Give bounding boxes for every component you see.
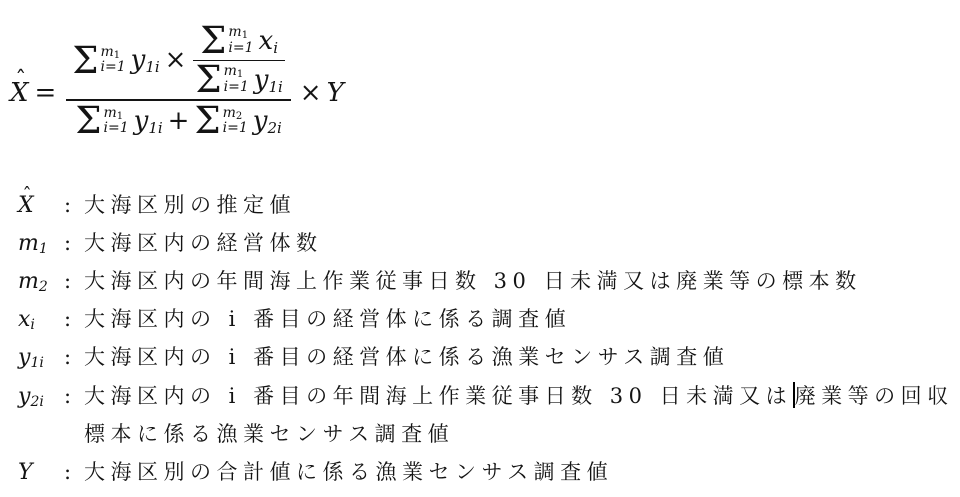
summation-y2i: Σ m2 i=1 xyxy=(194,105,247,136)
inner-numerator: Σ m1 i=1 xi xyxy=(198,25,280,56)
definition-text: 廃業等の回収 xyxy=(795,384,954,408)
var-sub: 1i xyxy=(268,78,282,96)
sum-limits: m1 i=1 xyxy=(224,64,249,95)
summation-xi: Σ m1 i=1 xyxy=(200,25,253,56)
multiply-sign: × xyxy=(160,45,192,75)
var-sub: 1i xyxy=(148,119,162,137)
inner-fraction: Σ m1 i=1 xi Σ m1 xyxy=(193,25,284,95)
term-base: y xyxy=(18,384,30,409)
variable-y1i: y1i xyxy=(131,45,160,75)
equals-sign: = xyxy=(29,78,63,108)
definition-row-m2: m2 : 大海区内の年間海上作業従事日数 30 日未満又は廃業等の標本数 xyxy=(18,268,960,295)
term-base: m xyxy=(18,231,39,256)
definition-text-line2: 標本に係る漁業センサス調査値 xyxy=(84,421,954,448)
definition-row-y1i: y1i : 大海区内の i 番目の経営体に係る漁業センサス調査値 xyxy=(18,344,960,371)
variable-y1i: y1i xyxy=(134,106,163,136)
term-sub: 2i xyxy=(30,394,43,410)
term-base: y xyxy=(18,345,30,370)
var-sub: 1i xyxy=(145,58,159,76)
term-sub: i xyxy=(30,317,34,333)
var-base: y xyxy=(134,106,149,136)
definition-text-line1: 大海区内の i 番目の年間海上作業従事日数 30 日未満又は廃業等の回収 xyxy=(84,382,954,410)
sum-upper-limit: m2 xyxy=(223,106,243,122)
term-m2: m2 xyxy=(18,268,64,295)
definition-text: 大海区別の合計値に係る漁業センサス調査値 xyxy=(84,459,613,486)
summation-y1i: Σ m1 i=1 xyxy=(72,45,125,76)
term-Y: Y xyxy=(18,459,64,486)
variable-Y: Y xyxy=(327,78,344,108)
colon-separator: : xyxy=(64,192,84,219)
variable-xi: xi xyxy=(259,26,278,56)
colon-separator: : xyxy=(64,306,84,333)
sigma-symbol: Σ xyxy=(200,25,226,56)
limit-m: m xyxy=(228,24,241,40)
sum-lower-limit: i=1 xyxy=(223,121,248,137)
term-sub: 1 xyxy=(39,241,48,257)
limit-m: m xyxy=(100,44,113,60)
limit-m: m xyxy=(103,105,116,121)
term-x-hat: X ˆ xyxy=(18,192,64,219)
var-sub: i xyxy=(273,39,278,57)
colon-separator: : xyxy=(64,268,84,295)
main-numerator: Σ m1 i=1 y1i × Σ m1 i=1 xyxy=(66,25,290,95)
definition-text: 大海区内の i 番目の経営体に係る漁業センサス調査値 xyxy=(84,344,729,371)
term-base: Y xyxy=(18,460,33,485)
sigma-symbol: Σ xyxy=(72,45,98,76)
variable-definitions: X ˆ : 大海区別の推定値 m1 : 大海区内の経営体数 m2 : 大海区内の… xyxy=(18,192,960,486)
sum-lower-limit: i=1 xyxy=(224,80,249,96)
definition-text: 大海区内の i 番目の経営体に係る調査値 xyxy=(84,306,571,333)
document-page: X ˆ = Σ m1 i=1 y1i × Σ xyxy=(0,0,960,497)
var-base: y xyxy=(254,65,269,95)
sum-lower-limit: i=1 xyxy=(100,60,125,76)
sigma-symbol: Σ xyxy=(194,105,220,136)
limit-m: m xyxy=(223,105,236,121)
sigma-symbol: Σ xyxy=(195,64,221,95)
definition-text: 大海区内の i 番目の年間海上作業従事日数 30 日未満又は xyxy=(84,384,792,408)
var-base: x xyxy=(259,26,274,56)
sum-lower-limit: i=1 xyxy=(228,41,253,57)
sum-upper-limit: m1 xyxy=(228,25,248,41)
definition-text: 大海区別の推定値 xyxy=(84,192,296,219)
plus-sign: + xyxy=(163,106,195,136)
var-base: y xyxy=(253,106,268,136)
var-base: y xyxy=(131,45,146,75)
variable-y2i: y2i xyxy=(253,106,282,136)
definition-row-xhat: X ˆ : 大海区別の推定値 xyxy=(18,192,960,219)
var-base: Y xyxy=(327,78,344,108)
main-denominator: Σ m1 i=1 y1i + Σ m2 i=1 y2i xyxy=(69,105,287,136)
multiply-sign: × xyxy=(295,78,327,108)
definition-row-y2i: y2i : 大海区内の i 番目の年間海上作業従事日数 30 日未満又は廃業等の… xyxy=(18,382,960,448)
x-hat-variable: X ˆ xyxy=(10,78,29,108)
limit-m: m xyxy=(224,63,237,79)
sum-limits: m1 i=1 xyxy=(100,45,125,76)
definition-text: 大海区内の経営体数 xyxy=(84,230,323,257)
colon-separator: : xyxy=(64,344,84,371)
term-base: m xyxy=(18,269,39,294)
colon-separator: : xyxy=(64,459,84,486)
sum-limits: m2 i=1 xyxy=(223,106,248,137)
definition-text: 大海区内の年間海上作業従事日数 30 日未満又は廃業等の標本数 xyxy=(84,268,862,295)
colon-separator: : xyxy=(64,383,84,410)
term-y1i: y1i xyxy=(18,344,64,371)
sum-limits: m1 i=1 xyxy=(103,106,128,137)
hat-accent: ˆ xyxy=(15,67,26,93)
sum-upper-limit: m1 xyxy=(100,45,120,61)
main-fraction: Σ m1 i=1 y1i × Σ m1 i=1 xyxy=(66,25,290,137)
sum-limits: m1 i=1 xyxy=(228,25,253,56)
sum-upper-limit: m1 xyxy=(224,64,244,80)
var-sub: 2i xyxy=(267,119,281,137)
inner-denominator: Σ m1 i=1 y1i xyxy=(193,64,284,95)
colon-separator: : xyxy=(64,230,84,257)
term-m1: m1 xyxy=(18,230,64,257)
term-base: x xyxy=(18,307,30,332)
term-sub: 1i xyxy=(30,355,43,371)
definition-text-multiline: 大海区内の i 番目の年間海上作業従事日数 30 日未満又は廃業等の回収 標本に… xyxy=(84,382,954,448)
sum-upper-limit: m1 xyxy=(103,106,123,122)
definition-row-m1: m1 : 大海区内の経営体数 xyxy=(18,230,960,257)
hat-accent: ˆ xyxy=(22,182,31,209)
term-xi: xi xyxy=(18,306,64,333)
term-y2i: y2i xyxy=(18,383,64,410)
summation-y1i: Σ m1 i=1 xyxy=(75,105,128,136)
term-sub: 2 xyxy=(39,279,48,295)
summation-y1i: Σ m1 i=1 xyxy=(195,64,248,95)
definition-row-Y: Y : 大海区別の合計値に係る漁業センサス調査値 xyxy=(18,459,960,486)
sum-lower-limit: i=1 xyxy=(103,121,128,137)
x-hat-variable: X ˆ xyxy=(18,192,34,219)
variable-y1i: y1i xyxy=(254,65,283,95)
definition-row-xi: xi : 大海区内の i 番目の経営体に係る調査値 xyxy=(18,306,960,333)
sigma-symbol: Σ xyxy=(75,105,101,136)
estimation-formula: X ˆ = Σ m1 i=1 y1i × Σ xyxy=(0,0,960,158)
